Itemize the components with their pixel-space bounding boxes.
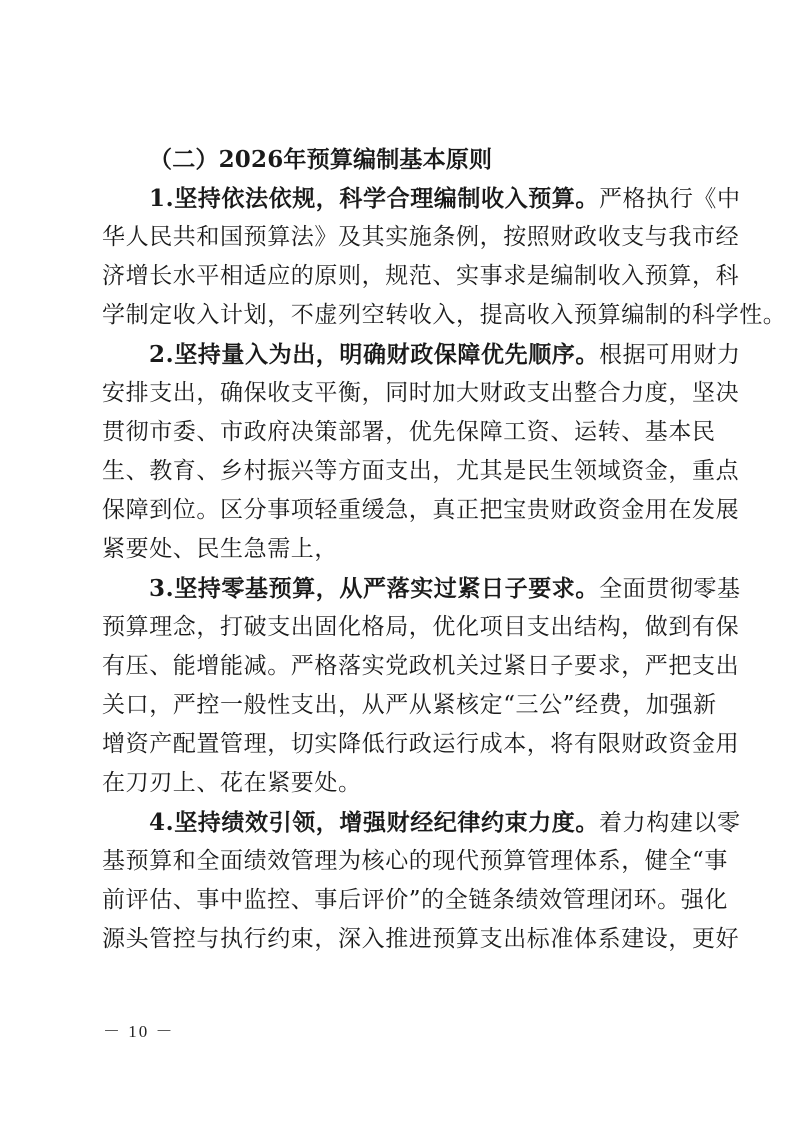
paragraph-lead: 2.坚持量入为出，明确财政保障优先顺序。	[149, 341, 599, 368]
paragraph-line: 华人民共和国预算法》及其实施条例，按照财政收支与我市经	[102, 218, 694, 257]
paragraph-line: 基预算和全面绩效管理为核心的现代预算管理体系，健全“事	[102, 842, 694, 881]
paragraph-line: 保障到位。区分事项轻重缓急，真正把宝贵财政资金用在发展	[102, 491, 694, 530]
paragraph-text: 严格执行《中	[599, 186, 741, 212]
paragraph-line: 在刀刃上、花在紧要处。	[102, 764, 694, 803]
paragraph-line: 源头管控与执行约束，深入推进预算支出标准体系建设，更好	[102, 920, 694, 959]
paragraph-line: 预算理念，打破支出固化格局，优化项目支出结构，做到有保	[102, 608, 694, 647]
paragraph-line: 前评估、事中监控、事后评价”的全链条绩效管理闭环。强化	[102, 881, 694, 920]
paragraph-line: 关口，严控一般性支出，从严从紧核定“三公”经费，加强新	[102, 686, 694, 725]
paragraph-line: 学制定收入计划，不虚列空转收入，提高收入预算编制的科学性。	[102, 296, 694, 335]
paragraph-line: 贯彻市委、市政府决策部署，优先保障工资、运转、基本民	[102, 413, 694, 452]
paragraph-line: 济增长水平相适应的原则，规范、实事求是编制收入预算，科	[102, 257, 694, 296]
section-heading: （二）2026年预算编制基本原则	[102, 140, 694, 179]
paragraph-text: 根据可用财力	[599, 342, 741, 368]
paragraph-line: 有压、能增能减。严格落实党政机关过紧日子要求，严把支出	[102, 647, 694, 686]
paragraph-text: 全面贯彻零基	[599, 576, 741, 602]
paragraph-first-line: 4.坚持绩效引领，增强财经纪律约束力度。着力构建以零	[102, 803, 694, 842]
document-page: （二）2026年预算编制基本原则 1.坚持依法依规，科学合理编制收入预算。严格执…	[0, 0, 794, 1122]
paragraph-2: 2.坚持量入为出，明确财政保障优先顺序。根据可用财力 安排支出，确保收支平衡，同…	[102, 335, 694, 569]
paragraph-first-line: 3.坚持零基预算，从严落实过紧日子要求。全面贯彻零基	[102, 569, 694, 608]
paragraph-lead: 1.坚持依法依规，科学合理编制收入预算。	[149, 185, 599, 212]
paragraph-lead: 4.坚持绩效引领，增强财经纪律约束力度。	[149, 809, 599, 836]
paragraph-first-line: 1.坚持依法依规，科学合理编制收入预算。严格执行《中	[102, 179, 694, 218]
paragraph-line: 紧要处、民生急需上，	[102, 530, 694, 569]
paragraph-line: 增资产配置管理，切实降低行政运行成本，将有限财政资金用	[102, 725, 694, 764]
paragraph-line: 生、教育、乡村振兴等方面支出，尤其是民生领域资金，重点	[102, 452, 694, 491]
paragraph-4: 4.坚持绩效引领，增强财经纪律约束力度。着力构建以零 基预算和全面绩效管理为核心…	[102, 803, 694, 959]
paragraph-line: 安排支出，确保收支平衡，同时加大财政支出整合力度，坚决	[102, 374, 694, 413]
paragraph-3: 3.坚持零基预算，从严落实过紧日子要求。全面贯彻零基 预算理念，打破支出固化格局…	[102, 569, 694, 803]
paragraph-1: 1.坚持依法依规，科学合理编制收入预算。严格执行《中 华人民共和国预算法》及其实…	[102, 179, 694, 335]
page-number: － 10 －	[103, 1017, 175, 1042]
paragraph-first-line: 2.坚持量入为出，明确财政保障优先顺序。根据可用财力	[102, 335, 694, 374]
document-body: （二）2026年预算编制基本原则 1.坚持依法依规，科学合理编制收入预算。严格执…	[102, 140, 694, 959]
paragraph-lead: 3.坚持零基预算，从严落实过紧日子要求。	[149, 575, 599, 602]
paragraph-text: 着力构建以零	[599, 810, 741, 836]
